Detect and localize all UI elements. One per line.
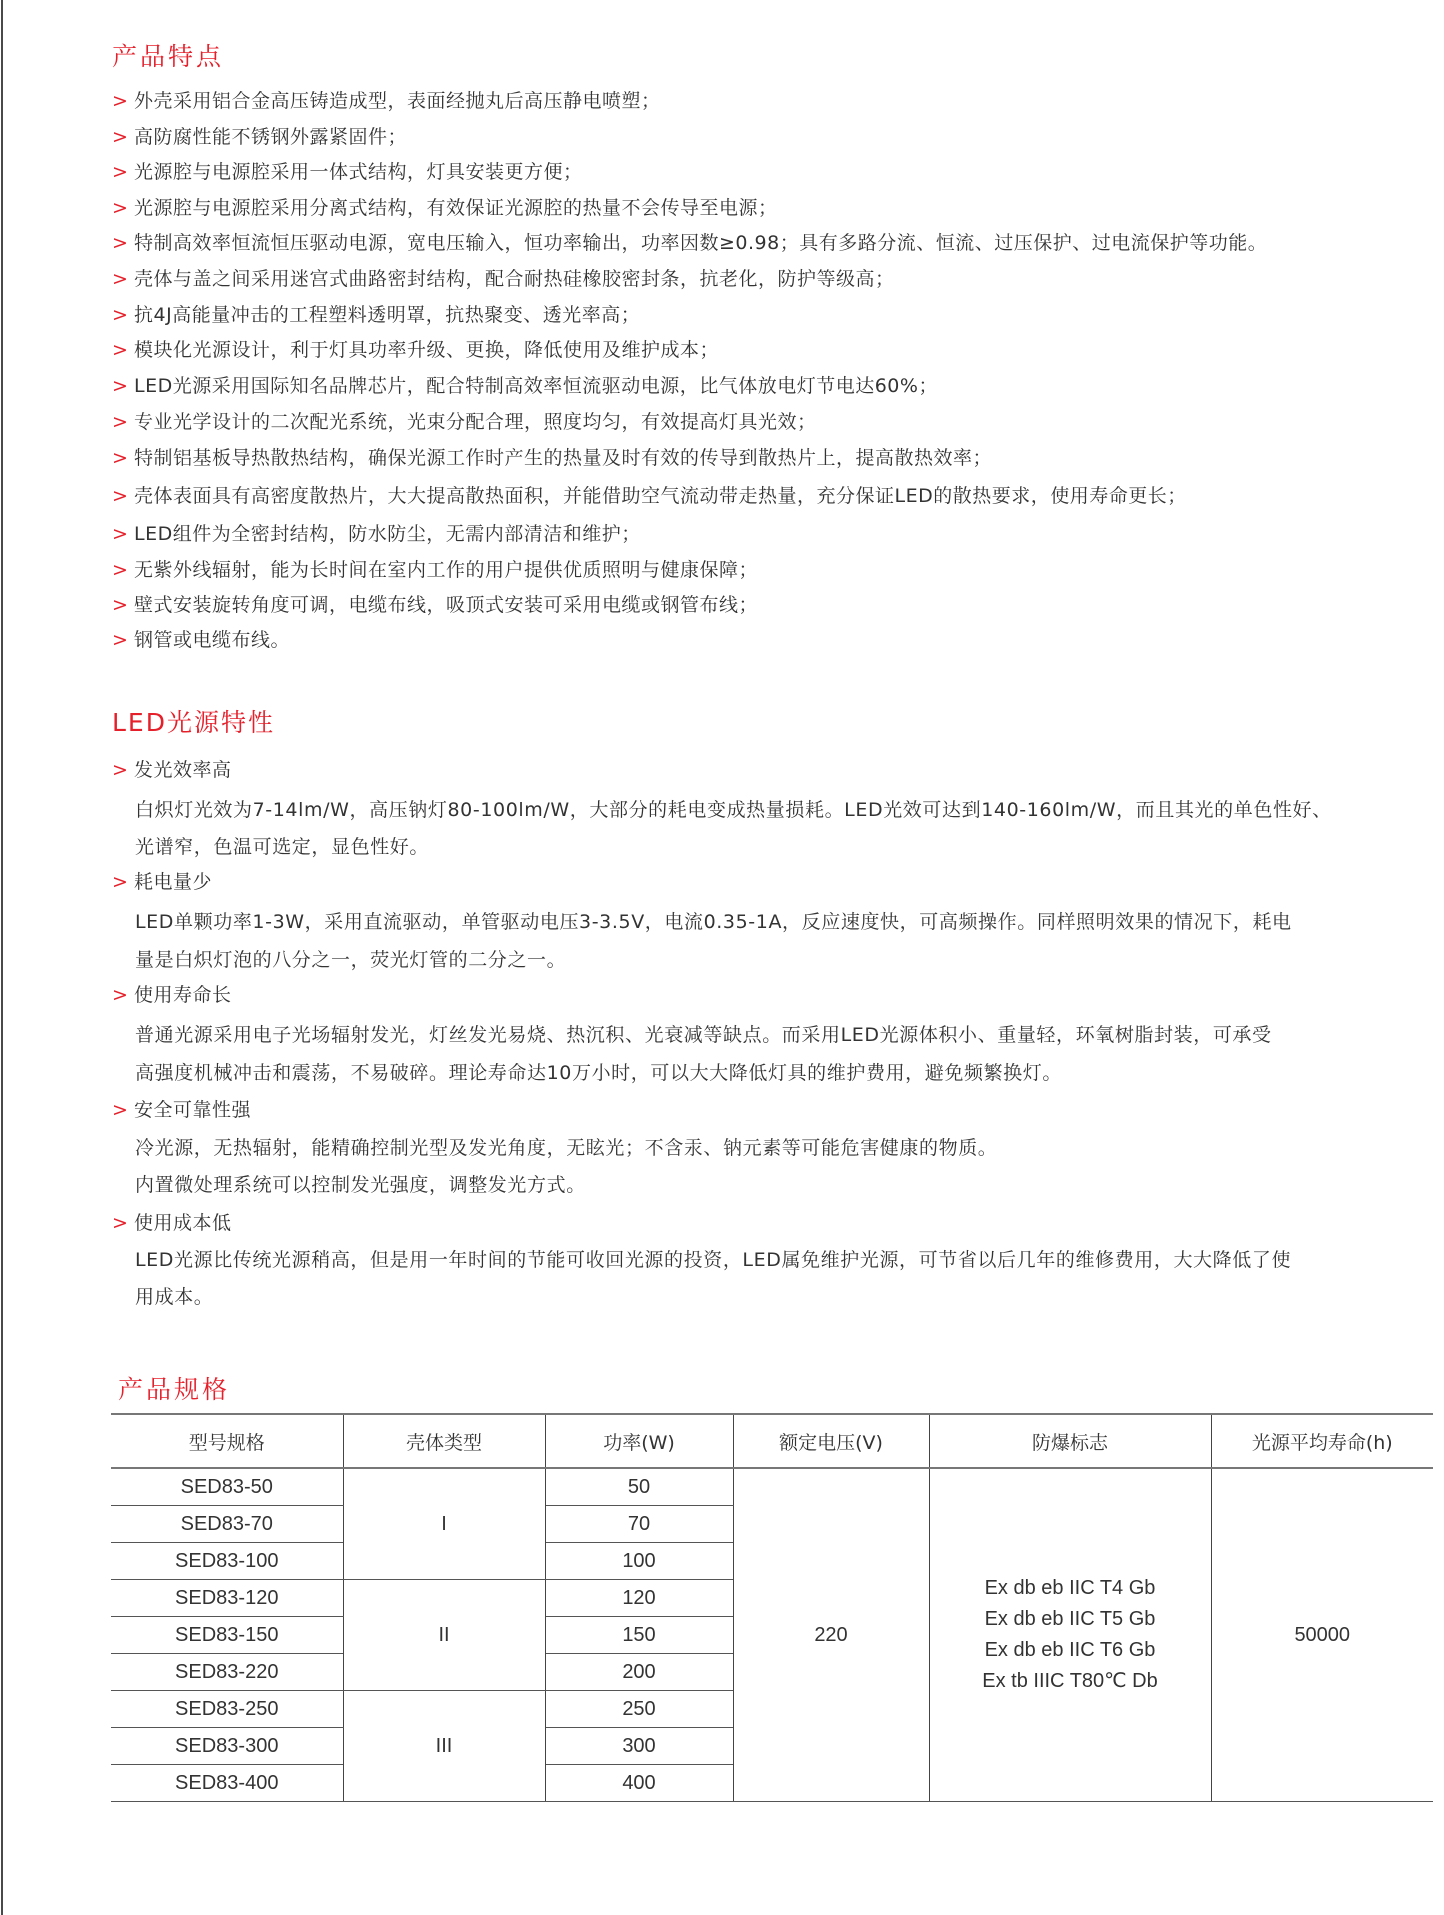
chevron-right-icon: > [112,1098,134,1122]
model-cell: SED83-70 [111,1506,343,1543]
chevron-right-icon: > [112,758,134,782]
chevron-right-icon: > [112,983,134,1007]
led-item-text: LED光源比传统光源稍高，但是用一年时间的节能可收回光源的投资，LED属免维护光… [135,1248,1291,1272]
chevron-right-icon: > [112,231,134,255]
chevron-right-icon: > [112,338,134,362]
led-item-text: 普通光源采用电子光场辐射发光，灯丝发光易烧、热沉积、光衰减等缺点。而采用LED光… [135,1023,1272,1047]
model-cell: SED83-150 [111,1617,343,1654]
led-item-text: 白炽灯光效为7-14lm/W，高压钠灯80-100lm/W，大部分的耗电变成热量… [135,798,1332,822]
shell-type-cell: III [343,1691,545,1802]
feature-item: >光源腔与电源腔采用分离式结构，有效保证光源腔的热量不会传导至电源； [112,196,778,220]
feature-item: >外壳采用铝合金高压铸造成型，表面经抛丸后高压静电喷塑； [112,89,661,113]
model-cell: SED83-120 [111,1580,343,1617]
feature-item: >LED组件为全密封结构，防水防尘，无需内部清洁和维护； [112,522,641,546]
table-row: SED83-50 I 50 220 Ex db eb IIC T4 Gb Ex … [111,1468,1433,1506]
led-item-text: 冷光源，无热辐射，能精确控制光型及发光角度，无眩光；不含汞、钠元素等可能危害健康… [135,1136,997,1160]
led-item-text: LED单颗功率1-3W，采用直流驱动，单管驱动电压3-3.5V，电流0.35-1… [135,910,1292,934]
feature-item: >壁式安装旋转角度可调，电缆布线，吸顶式安装可采用电缆或钢管布线； [112,593,758,617]
power-cell: 120 [545,1580,733,1617]
header-explosion-mark: 防爆标志 [929,1414,1211,1468]
power-cell: 100 [545,1543,733,1580]
led-item-heading: >使用寿命长 [112,983,232,1007]
chevron-right-icon: > [112,628,134,652]
feature-item: >抗4J高能量冲击的工程塑料透明罩，抗热聚变、透光率高； [112,303,640,327]
header-rated-voltage: 额定电压(V) [733,1414,929,1468]
header-power: 功率(W) [545,1414,733,1468]
model-cell: SED83-220 [111,1654,343,1691]
power-cell: 150 [545,1617,733,1654]
chevron-right-icon: > [112,303,134,327]
led-item-text: 内置微处理系统可以控制发光强度，调整发光方式。 [135,1173,586,1197]
header-model: 型号规格 [111,1414,343,1468]
chevron-right-icon: > [112,522,134,546]
led-section-title: LED光源特性 [112,708,275,738]
model-cell: SED83-50 [111,1468,343,1506]
header-lifetime: 光源平均寿命(h) [1211,1414,1433,1468]
model-cell: SED83-300 [111,1728,343,1765]
chevron-right-icon: > [112,870,134,894]
chevron-right-icon: > [112,374,134,398]
chevron-right-icon: > [112,410,134,434]
features-section-title: 产品特点 [112,42,224,72]
feature-item: >光源腔与电源腔采用一体式结构，灯具安装更方便； [112,160,583,184]
model-cell: SED83-100 [111,1543,343,1580]
power-cell: 200 [545,1654,733,1691]
specs-section-title: 产品规格 [118,1375,230,1405]
power-cell: 300 [545,1728,733,1765]
chevron-right-icon: > [112,558,134,582]
led-item-heading: >发光效率高 [112,758,232,782]
feature-item: >LED光源采用国际知名品牌芯片，配合特制高效率恒流驱动电源，比气体放电灯节电达… [112,374,938,398]
power-cell: 70 [545,1506,733,1543]
chevron-right-icon: > [112,446,134,470]
page-left-border [1,0,3,1915]
feature-item: >特制高效率恒流恒压驱动电源，宽电压输入，恒功率输出，功率因数≥0.98；具有多… [112,231,1267,255]
table-header-row: 型号规格 壳体类型 功率(W) 额定电压(V) 防爆标志 光源平均寿命(h) [111,1414,1433,1468]
feature-item: >高防腐性能不锈钢外露紧固件； [112,125,407,149]
model-cell: SED83-400 [111,1765,343,1802]
chevron-right-icon: > [112,196,134,220]
led-item-heading: >耗电量少 [112,870,212,894]
led-item-text: 量是白炽灯泡的八分之一，荧光灯管的二分之一。 [135,948,566,972]
feature-item: >无紫外线辐射，能为长时间在室内工作的用户提供优质照明与健康保障； [112,558,758,582]
lifetime-cell: 50000 [1211,1468,1433,1802]
voltage-cell: 220 [733,1468,929,1802]
shell-type-cell: II [343,1580,545,1691]
power-cell: 50 [545,1468,733,1506]
model-cell: SED83-250 [111,1691,343,1728]
feature-item: >特制铝基板导热散热结构，确保光源工作时产生的热量及时有效的传导到散热片上，提高… [112,446,992,470]
led-item-text: 用成本。 [135,1285,213,1309]
explosion-mark-cell: Ex db eb IIC T4 Gb Ex db eb IIC T5 Gb Ex… [929,1468,1211,1802]
led-item-heading: >使用成本低 [112,1211,232,1235]
power-cell: 400 [545,1765,733,1802]
feature-item: >钢管或电缆布线。 [112,628,290,652]
feature-item: >模块化光源设计，利于灯具功率升级、更换，降低使用及维护成本； [112,338,719,362]
chevron-right-icon: > [112,267,134,291]
power-cell: 250 [545,1691,733,1728]
led-item-text: 光谱窄，色温可选定，显色性好。 [135,835,429,859]
chevron-right-icon: > [112,125,134,149]
feature-item: >壳体表面具有高密度散热片，大大提高散热面积，并能借助空气流动带走热量，充分保证… [112,484,1187,508]
chevron-right-icon: > [112,89,134,113]
feature-item: >壳体与盖之间采用迷宫式曲路密封结构，配合耐热硅橡胶密封条，抗老化，防护等级高； [112,267,895,291]
feature-item: >专业光学设计的二次配光系统，光束分配合理，照度均匀，有效提高灯具光效； [112,410,817,434]
led-item-heading: >安全可靠性强 [112,1098,251,1122]
chevron-right-icon: > [112,1211,134,1235]
chevron-right-icon: > [112,484,134,508]
chevron-right-icon: > [112,593,134,617]
chevron-right-icon: > [112,160,134,184]
specs-table: 型号规格 壳体类型 功率(W) 额定电压(V) 防爆标志 光源平均寿命(h) S… [111,1413,1433,1802]
header-shell-type: 壳体类型 [343,1414,545,1468]
led-item-text: 高强度机械冲击和震荡，不易破碎。理论寿命达10万小时，可以大大降低灯具的维护费用… [135,1061,1062,1085]
shell-type-cell: I [343,1468,545,1580]
